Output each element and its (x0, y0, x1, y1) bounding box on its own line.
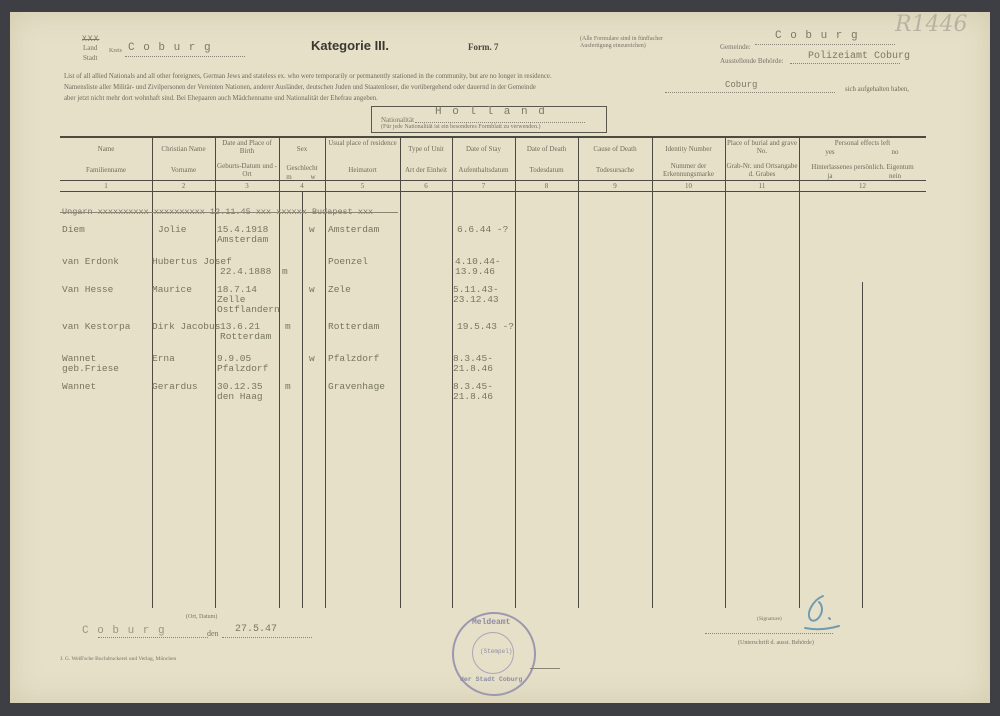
stamp-mark-line (530, 668, 560, 669)
city-value: C o b u r g (128, 42, 212, 54)
row2-residence: Poenzel (328, 257, 368, 267)
col3-number: 3 (215, 182, 279, 190)
intro-place: Coburg (725, 80, 757, 90)
col-sex-sub-divider (302, 191, 303, 608)
col-effects-sub-divider (862, 282, 863, 608)
row2-sex-m: m (282, 267, 288, 277)
row4-first: Dirk Jacobus (152, 322, 220, 332)
col3-header-en: Date and Place of Birth (215, 139, 279, 155)
behoerde-value: Polizeiamt Coburg (808, 51, 910, 62)
col6-header-de: Art der Einheit (400, 166, 452, 174)
nationality-note: (Für jede Nationalität ist ein besondere… (381, 124, 540, 130)
col7-header-en: Date of Stay (452, 145, 515, 153)
col10-number: 10 (652, 182, 725, 190)
col10-header-de: Nummer der Erkennungsmarke (652, 162, 725, 178)
city-line (125, 56, 245, 57)
gemeinde-label: Gemeinde: (720, 43, 751, 51)
row4-name: van Kestorpa (62, 322, 130, 332)
row6-name: Wannet (62, 382, 96, 392)
col12-yes: yes (820, 148, 840, 156)
col2-number: 2 (152, 182, 215, 190)
table-top-rule (60, 136, 926, 138)
place-date-label: (Ort, Datum) (186, 614, 217, 620)
row5-residence: Pfalzdorf (328, 354, 379, 364)
signatory-label: (Unterschrift d. ausst. Behörde) (738, 640, 814, 646)
stadt-label: Stadt (83, 54, 97, 62)
intro-place-line (665, 92, 835, 93)
strike-line (60, 212, 398, 213)
row5-stay: 8.3.45- 21.8.46 (453, 354, 493, 374)
category-title: Kategorie III. (311, 38, 389, 53)
col1-number: 1 (60, 182, 152, 190)
col4-sub-w: w (306, 173, 320, 181)
col3-header-de: Geburts-Datum und -Ort (215, 162, 279, 178)
col8-number: 8 (515, 182, 578, 190)
stamp-bottom-text: der Stadt Coburg (460, 676, 522, 683)
col4-header-en: Sex (279, 145, 325, 153)
col-divider (515, 136, 516, 608)
col4-sub-m: m (282, 173, 296, 181)
col-divider (400, 136, 401, 608)
kreis-label: Kreis (109, 48, 122, 54)
row1-stay: 6.6.44 -? (457, 225, 508, 235)
col1-header-en: Name (60, 145, 152, 153)
intro-line-2: Namensliste aller Militär- und Zivilpers… (64, 84, 536, 91)
col5-number: 5 (325, 182, 400, 190)
gemeinde-value: C o b u r g (775, 30, 859, 42)
signature-icon (795, 592, 845, 637)
row4-stay: 19.5.43 -? (457, 322, 514, 332)
col5-header-de: Heimatort (325, 166, 400, 174)
row1-name: Diem (62, 225, 85, 235)
row1-birth: 15.4.1918 Amsterdam (217, 225, 268, 245)
col7-header-de: Aufenthaltsdatum (452, 166, 515, 174)
col9-header-de: Todesursache (578, 166, 652, 174)
behoerde-line (790, 63, 900, 64)
row1-residence: Amsterdam (328, 225, 379, 235)
col11-header-en: Place of burial and grave No. (725, 139, 799, 155)
row3-first: Maurice (152, 285, 192, 295)
nationality-label: Nationalität (381, 116, 414, 124)
col4-number: 4 (279, 182, 325, 190)
col12-no: no (885, 148, 905, 156)
stamp-center-text: (Stempel) (480, 648, 512, 655)
land-struck: XXX (82, 35, 99, 44)
row1-first: Jolie (158, 225, 187, 235)
col9-header-en: Cause of Death (578, 145, 652, 153)
col6-header-en: Type of Unit (400, 145, 452, 153)
printer-imprint: J. G. Weiß'sche Buchdruckerei und Verlag… (60, 656, 176, 662)
signature-line (705, 633, 833, 634)
date-line (222, 637, 312, 638)
row6-birth: 30.12.35 den Haag (217, 382, 263, 402)
signed-label: (Signature) (757, 616, 782, 622)
row5-sex-w: w (309, 354, 315, 364)
place-line (98, 637, 208, 638)
copies-note: (Alle Formulare sind in fünffacher Ausfe… (580, 36, 690, 50)
col11-header-de: Grab-Nr. und Ortsangabe d. Grabes (725, 162, 799, 178)
row3-name: Van Hesse (62, 285, 113, 295)
col-divider (652, 136, 653, 608)
col1-header-de: Familienname (60, 166, 152, 174)
col12-number: 12 (799, 182, 926, 190)
foreigners-table: Name Familienname 1 Christian Name Vorna… (60, 136, 926, 608)
col-divider (799, 136, 800, 608)
intro-line-3: aber jetzt nicht mehr dort wohnhaft sind… (64, 95, 378, 102)
row1-sex-w: w (309, 225, 315, 235)
col12-nein: nein (885, 172, 905, 180)
gemeinde-line (755, 44, 895, 45)
row3-sex-w: w (309, 285, 315, 295)
land-label: Land (83, 44, 97, 52)
row6-stay: 8.3.45- 21.8.46 (453, 382, 493, 402)
nationality-line (415, 122, 585, 123)
col4-header-de: Geschlecht (279, 164, 325, 172)
row2-birth: 22.4.1888 (220, 257, 271, 277)
col12-header-en: Personal effects left (799, 139, 926, 147)
row6-residence: Gravenhage (328, 382, 385, 392)
row3-stay: 5.11.43- 23.12.43 (453, 285, 499, 305)
intro-line-1: List of all allied Nationals and all oth… (64, 73, 552, 80)
row2-name: van Erdonk (62, 257, 119, 267)
row6-sex-m: m (285, 382, 291, 392)
col8-header-en: Date of Death (515, 145, 578, 153)
date-value: 27.5.47 (235, 624, 277, 635)
stamp-top-text: Meldeamt (472, 618, 510, 627)
header-numbers-rule (60, 180, 926, 181)
row4-sex-m: m (285, 322, 291, 332)
official-stamp: Meldeamt (Stempel) der Stadt Coburg (452, 612, 536, 696)
col11-number: 11 (725, 182, 799, 190)
date-prefix: den (207, 629, 219, 638)
row5-birth: 9.9.05 Pfalzdorf (217, 354, 268, 374)
col6-number: 6 (400, 182, 452, 190)
place-value: C o b u r g (82, 625, 166, 637)
form-number: Form. 7 (468, 42, 499, 52)
col2-header-de: Vorname (152, 166, 215, 174)
col-divider (578, 136, 579, 608)
row2-stay: 4.10.44- 13.9.46 (455, 257, 501, 277)
col9-number: 9 (578, 182, 652, 190)
row5-first: Erna (152, 354, 175, 364)
col12-header-de: Hinterlassenes persönlich. Eigentum (799, 163, 926, 171)
row3-birth: 18.7.14 Zelle Ostflandern (217, 285, 280, 315)
behoerde-label: Ausstellende Behörde: (720, 57, 784, 65)
col2-header-en: Christian Name (152, 145, 215, 153)
row4-birth: 13.6.21 Rotterdam (220, 322, 271, 342)
col12-ja: ja (820, 172, 840, 180)
row4-residence: Rotterdam (328, 322, 379, 332)
row5-name: Wannet geb.Friese (62, 354, 119, 374)
col-divider (725, 136, 726, 608)
col10-header-en: Identity Number (652, 145, 725, 153)
intro-suffix: sich aufgehalten haben, (845, 86, 909, 93)
col8-header-de: Todesdatum (515, 166, 578, 174)
row6-first: Gerardus (152, 382, 198, 392)
header-bottom-rule (60, 191, 926, 192)
row3-residence: Zele (328, 285, 351, 295)
archive-mark: R1446 (895, 12, 968, 37)
col7-number: 7 (452, 182, 515, 190)
nationality-value: H o l l a n d (435, 106, 547, 118)
col5-header-en: Usual place of residence (325, 139, 400, 147)
